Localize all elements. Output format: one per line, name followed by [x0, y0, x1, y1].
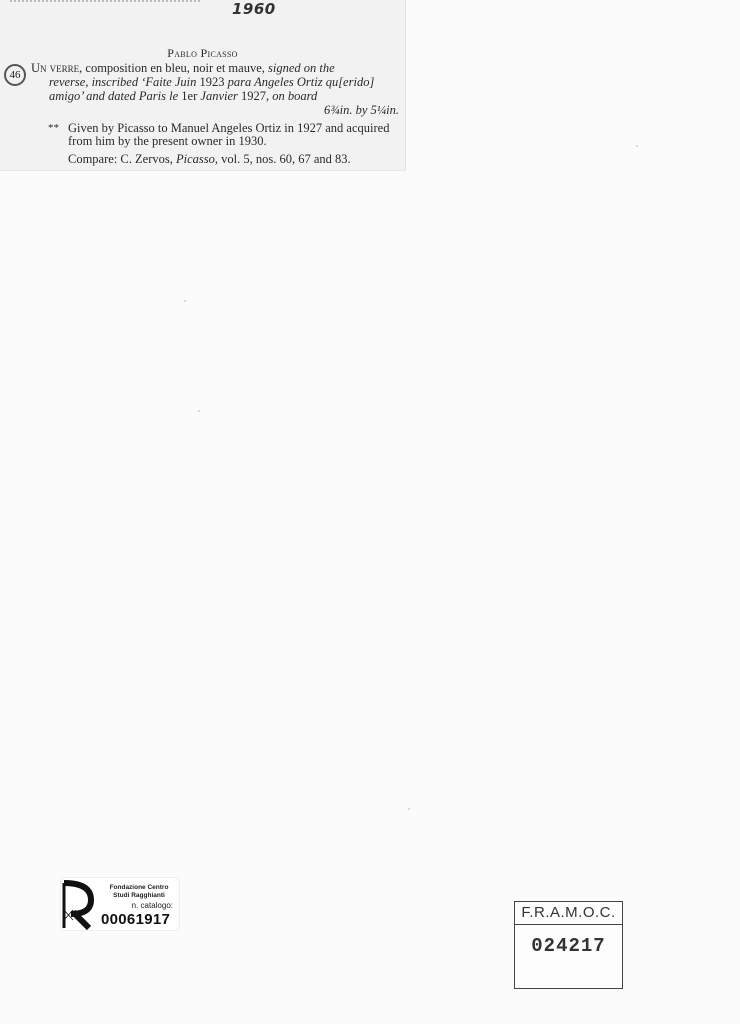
foundation-name-line: Fondazione Centro	[99, 884, 179, 892]
framoc-number: 024217	[515, 935, 622, 957]
truncated-text-fragment	[10, 0, 200, 5]
foundation-name-line: Studi Ragghianti	[99, 892, 179, 900]
compare-text: , vol. 5, nos. 60, 67 and 83.	[215, 152, 351, 166]
lot-number-circled: 46	[4, 64, 26, 86]
framoc-stamp: F.R.A.M.O.C. 024217	[514, 901, 623, 989]
compare-text: Compare: C. Zervos,	[68, 152, 176, 166]
paper-speck	[636, 145, 638, 147]
provenance-marker: **	[48, 122, 59, 135]
description-text: , composition en bleu, noir et mauve,	[79, 61, 268, 75]
ragghianti-catalogue-label: Fondazione Centro Studi Ragghianti n. ca…	[60, 877, 180, 931]
compare-reference: Compare: C. Zervos, Picasso, vol. 5, nos…	[68, 152, 408, 167]
auction-catalogue-clipping: 1960 Pablo Picasso 46 Un verre, composit…	[0, 0, 406, 171]
description-text: signed on the	[268, 61, 335, 75]
artist-name: Pablo Picasso	[0, 46, 405, 61]
catalogue-label: n. catalogo:	[132, 901, 173, 910]
paper-speck	[408, 808, 410, 810]
description-text: amigo’ and dated Paris le	[49, 89, 181, 103]
description-text: on board	[272, 89, 317, 103]
description-text: 1923	[200, 75, 225, 89]
provenance-note: ** Given by Picasso to Manuel Angeles Or…	[48, 122, 398, 148]
description-line: amigo’ and dated Paris le 1er Janvier 19…	[31, 89, 399, 103]
artwork-dimensions: 6¾in. by 5¼in.	[31, 103, 399, 117]
framoc-header: F.R.A.M.O.C.	[515, 902, 622, 925]
paper-speck	[198, 410, 200, 412]
description-text: para Angeles Ortiz qu[erido]	[225, 75, 375, 89]
handwritten-year: 1960	[232, 0, 276, 18]
description-text: 1er	[181, 89, 197, 103]
description-text: reverse, inscribed ‘Faite Juin	[49, 75, 200, 89]
lot-description: Un verre, composition en bleu, noir et m…	[31, 61, 399, 117]
description-line: reverse, inscribed ‘Faite Juin 1923 para…	[31, 75, 399, 89]
foundation-name: Fondazione Centro Studi Ragghianti	[99, 884, 179, 900]
reference-title: Picasso	[176, 152, 215, 166]
catalogue-number: 00061917	[101, 911, 170, 928]
description-text: 1927,	[241, 89, 272, 103]
artwork-title: Un verre	[31, 61, 79, 75]
paper-speck	[184, 300, 186, 302]
provenance-text: Given by Picasso to Manuel Angeles Ortiz…	[48, 122, 398, 148]
foundation-logo-icon	[61, 880, 97, 930]
description-text: Janvier	[197, 89, 241, 103]
